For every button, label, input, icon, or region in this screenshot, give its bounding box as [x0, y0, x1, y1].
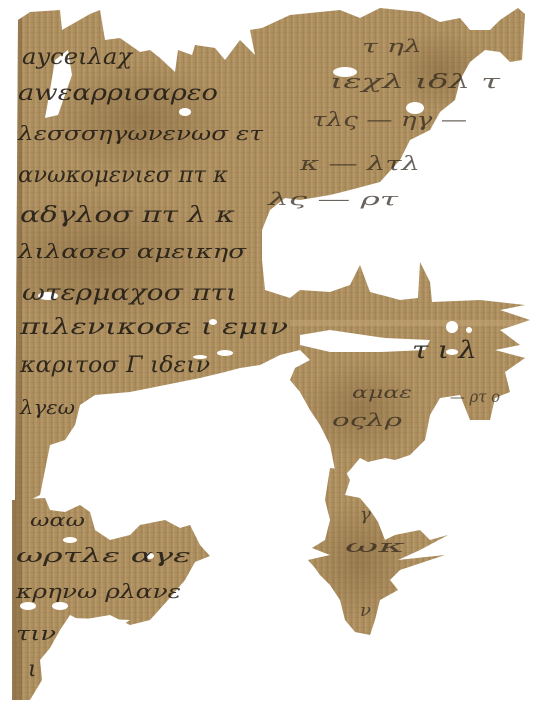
text-line: ωαω — [30, 510, 85, 531]
text-line: λεσσσηγωνενωσ ετ — [17, 121, 264, 145]
text-line: ayceιλaχ — [22, 45, 134, 70]
papyrus-photo: ayceιλaχ awεαρρισαρεο λεσσσηγωνενωσ ετ α… — [0, 0, 543, 711]
text-line: οςλρ — [332, 410, 403, 431]
text-line: — ρτ ο — [450, 387, 500, 406]
text-line: λιλασεσ αμεικησ — [17, 239, 248, 263]
text-line: awεαρρισαρεο — [18, 81, 218, 106]
text-line: τιν — [16, 621, 56, 645]
text-line: τλς — ηγ — — [312, 107, 467, 131]
text-line: κ — λτλ — [299, 151, 420, 175]
text-line: ι — [28, 657, 37, 682]
text-line: τ ι λ — [412, 336, 477, 364]
text-line: αμαε — [352, 383, 412, 402]
text-line: ωρτλε αγε — [16, 543, 191, 567]
text-line: γ — [360, 504, 371, 525]
text-line: καριτοσ Γ ιδειν — [19, 353, 210, 378]
text-line: ανωκομενιεσ πτ κ — [18, 163, 229, 188]
text-line: ν — [360, 600, 371, 621]
text-line: λς — ρτ — [266, 189, 400, 210]
text-line: ιεχλ ιδλ τ — [330, 69, 502, 93]
text-line: ωκ — [345, 536, 405, 557]
text-line: λγεω — [19, 395, 75, 419]
text-line: πιλενικοσε ι εμιν — [19, 315, 288, 340]
text-line: κρηνω ρλανε — [15, 579, 181, 603]
text-line: αδγλοσ πτ λ κ — [20, 203, 236, 228]
text-line: ωτερμαχοσ πτι — [22, 281, 237, 306]
text-line: τ ηλ — [362, 36, 422, 57]
